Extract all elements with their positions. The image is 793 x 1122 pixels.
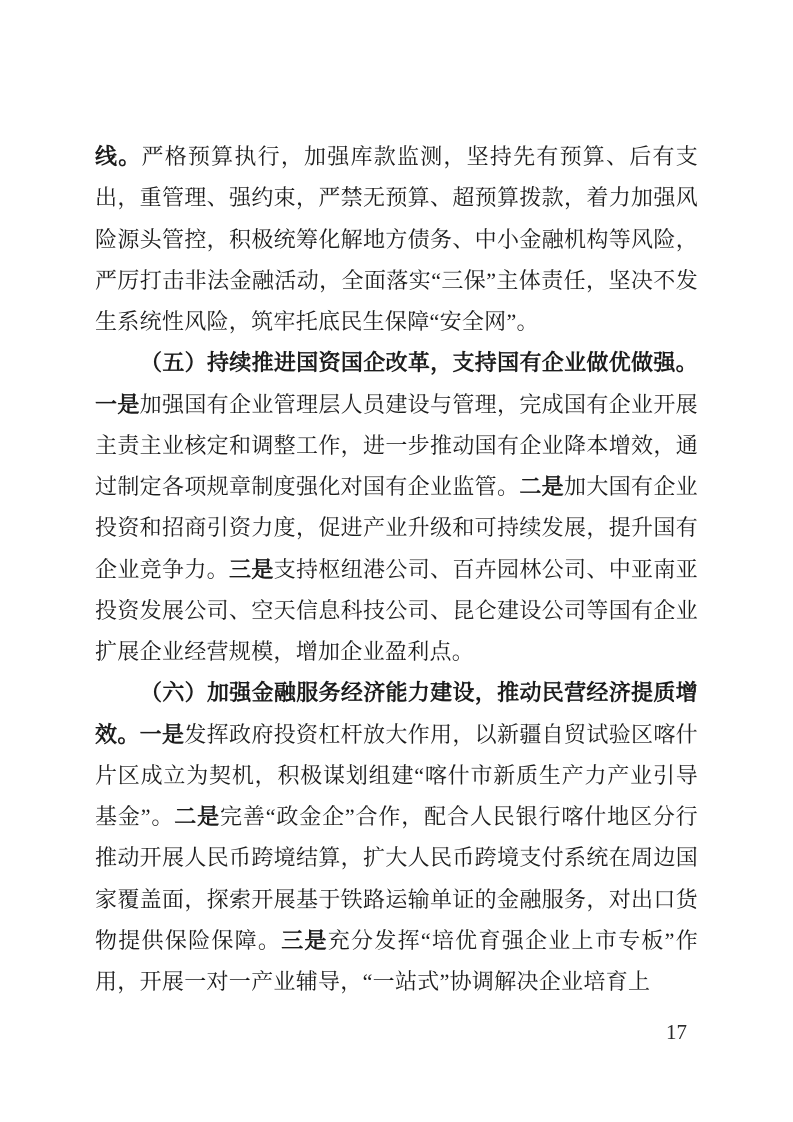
paragraph-3: （六）加强金融服务经济能力建设，推动民营经济提质增效。一是发挥政府投资杠杆放大作…: [95, 672, 698, 1002]
bold-text-segment: 二是: [519, 474, 564, 499]
paragraph-2: （五）持续推进国资国企改革，支持国有企业做优做强。一是加强国有企业管理层人员建设…: [95, 342, 698, 672]
bold-text-segment: 三是: [229, 557, 274, 582]
page-number: 17: [666, 1018, 706, 1046]
document-body: 线。严格预算执行，加强库款监测，坚持先有预算、后有支出，重管理、强约束，严禁无预…: [95, 136, 698, 1002]
bold-text-segment: 一是: [140, 722, 185, 747]
bold-text-segment: （五）持续推进国资国企改革，支持国有企业做优做强。: [140, 350, 698, 375]
bold-text-segment: 三是: [281, 928, 328, 953]
text-segment: 严格预算执行，加强库款监测，坚持先有预算、后有支出，重管理、强约束，严禁无预算、…: [95, 144, 698, 334]
bold-text-segment: 一是: [95, 392, 140, 417]
bold-text-segment: 线。: [95, 144, 141, 169]
paragraph-1: 线。严格预算执行，加强库款监测，坚持先有预算、后有支出，重管理、强约束，严禁无预…: [95, 136, 698, 342]
bold-text-segment: 二是: [174, 804, 220, 829]
document-page: 线。严格预算执行，加强库款监测，坚持先有预算、后有支出，重管理、强约束，严禁无预…: [0, 0, 793, 1122]
